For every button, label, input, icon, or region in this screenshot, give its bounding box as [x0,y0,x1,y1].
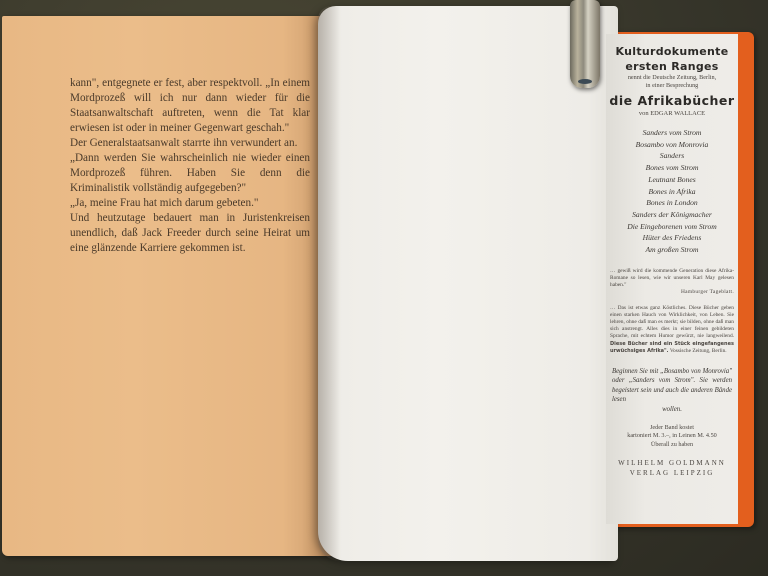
quote-source: Vossische Zeitung, Berlin. [670,348,727,354]
curled-blank-page [318,6,618,561]
book-title: Am großen Strom [606,244,738,256]
book-title: Bones in Afrika [606,186,738,198]
flap-heading: ersten Ranges [606,59,738,74]
price-line: kartoniert M. 3.–, in Leinen M. 4.50 [606,432,738,440]
quote-text: … Das ist etwas ganz Köstliches. Diese B… [610,305,734,340]
flap-subtitle: in einer Besprechung [606,82,738,90]
book-title: Sanders vom Strom [606,127,738,139]
paragraph: kann", entgegnete er fest, aber respektv… [70,76,310,136]
book-title: Bones in London [606,197,738,209]
author: von EDGAR WALLACE [606,109,738,118]
recommendation-text: Beginnen Sie mit „Bosambo von Monrovia" … [612,367,732,405]
publisher-city: VERLAG LEIPZIG [606,468,738,478]
paragraph: „Dann werden Sie wahrscheinlich nie wied… [70,151,310,196]
publisher-flap: Kulturdokumente ersten Ranges nennt die … [606,34,738,524]
book-title: Sanders der Königmacher [606,209,738,221]
flap-heading: Kulturdokumente [606,44,738,59]
review-quote: … Das ist etwas ganz Köstliches. Diese B… [606,305,738,355]
paragraph: „Ja, meine Frau hat mich darum gebeten." [70,196,310,211]
quote-source: Hamburger Tageblatt. [610,289,734,296]
glass-page-weight [570,0,600,88]
paragraph: Der Generalstaatsanwalt starrte ihn verw… [70,136,310,151]
book-title: Bones vom Strom [606,162,738,174]
book-title: Die Eingeborenen vom Strom [606,221,738,233]
book-title: Sanders [606,150,738,162]
recommendation-text: wollen. [612,405,732,414]
book-title: Leutnant Bones [606,174,738,186]
series-title: die Afrikabücher [606,92,738,109]
publisher-name: WILHELM GOLDMANN [606,458,738,468]
price-info: Jeder Band kostet kartoniert M. 3.–, in … [606,424,738,449]
left-book-page: kann", entgegnete er fest, aber respektv… [2,16,332,556]
price-line: Jeder Band kostet [606,424,738,432]
book-title: Bosambo von Monrovia [606,139,738,151]
price-line: Überall zu haben [606,441,738,449]
flap-subtitle: nennt die Deutsche Zeitung, Berlin, [606,74,738,82]
left-page-text: kann", entgegnete er fest, aber respektv… [70,76,310,256]
publisher: WILHELM GOLDMANN VERLAG LEIPZIG [606,458,738,478]
book-title-list: Sanders vom Strom Bosambo von Monrovia S… [606,127,738,256]
recommendation: Beginnen Sie mit „Bosambo von Monrovia" … [606,367,738,414]
book-title: Hüter des Friedens [606,232,738,244]
paragraph: Und heutzutage bedauert man in Juristenk… [70,211,310,256]
quote-text: … gewiß wird die kommende Generation die… [610,268,734,290]
review-quote: … gewiß wird die kommende Generation die… [606,268,738,297]
